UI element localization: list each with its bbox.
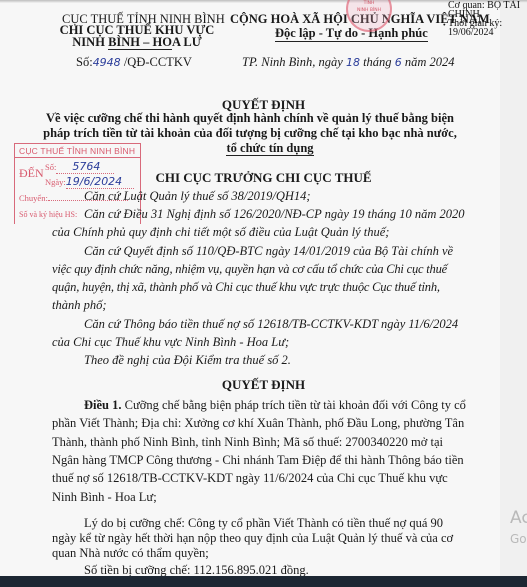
reason-line: quan Nhà nước có thẩm quyền; [52, 546, 209, 561]
basis-line: Theo đề nghị của Đội Kiểm tra thuế số 2. [84, 353, 291, 368]
basis-line: Căn cứ Luật Quản lý thuế số 38/2019/QH14… [84, 189, 311, 204]
month-label: tháng [360, 55, 395, 69]
reason-line: ngày kể từ ngày hết thời hạn nộp theo qu… [52, 531, 453, 546]
subject-line-1: Về việc cưỡng chế thi hành quyết định hà… [0, 111, 500, 126]
reason-line: Lý do bị cưỡng chế: Công ty cổ phần Viết… [84, 516, 443, 531]
decision-title-2: QUYẾT ĐỊNH [0, 377, 527, 393]
basis-line: của Chi cục Thuế khu vực Ninh Bình - Hoa… [52, 335, 289, 350]
stamp-header: CỤC THUẾ TỈNH NINH BÌNH [19, 146, 135, 156]
taskbar [0, 576, 527, 587]
digital-signature-info: Cơ quan: BỘ TÀI CHÍNH Thời gian ký: 19/0… [448, 1, 527, 37]
article1-line: thuế nợ số 12618/TB-CCTKV-KDT ngày 11/6/… [52, 471, 448, 486]
basis-line: của Chính phủ quy định chi tiết một số đ… [52, 225, 389, 240]
article1-line: phần Viết Thành; Địa chỉ: Xưởng cơ khí X… [52, 416, 464, 431]
article1-line: Điều 1. Cưỡng chế bằng biện pháp trích t… [84, 398, 466, 413]
signature-time: Thời gian ký: 19/06/2024 [448, 19, 527, 37]
activation-watermark-line1: Ac [510, 508, 527, 528]
date-day-handwritten: 18 [346, 56, 360, 69]
subject-line-2: pháp trích tiền từ tài khoản của đối tượ… [0, 126, 500, 141]
article1-label: Điều 1. [84, 398, 122, 412]
document-number: Số:4948 /QĐ-CCTKV [76, 55, 192, 70]
signature-agency: Cơ quan: BỘ TÀI CHÍNH [448, 1, 527, 19]
national-motto: Độc lập - Tự do - Hạnh phúc [275, 26, 428, 42]
article1-line: Ngân hàng TMCP Công thương - Chi nhánh T… [52, 453, 464, 468]
doc-no-suffix: /QĐ-CCTKV [121, 55, 192, 69]
basis-line: Căn cứ Thông báo tiền thuế nợ số 12618/T… [84, 317, 458, 332]
basis-line: Căn cứ Điều 31 Nghị định số 126/2020/NĐ-… [84, 207, 465, 222]
subject-line-3-text: tổ chức tín dụng [226, 141, 313, 156]
basis-line: quận, huyện, thị xã, thành phố và Chi cụ… [52, 280, 440, 295]
basis-line: thành phố; [52, 298, 107, 313]
article1-text: Cưỡng chế bằng biện pháp trích tiền từ t… [122, 398, 466, 412]
basis-line: Căn cứ Quyết định số 110/QĐ-BTC ngày 14/… [84, 244, 453, 259]
side-panel [500, 3, 527, 576]
basis-line: việc quy định chức năng, nhiệm vụ, quyền… [52, 262, 447, 277]
stamp-hs-label: Số và ký hiệu HS: [19, 210, 77, 219]
stamp-divider [15, 157, 140, 158]
date-month-handwritten: 6 [395, 56, 402, 69]
agency-line2-post: A LƯ [172, 35, 202, 49]
doc-no-label: Số: [76, 55, 93, 69]
agency-line2-pre: NINH [72, 35, 108, 49]
article1-line: Thành, thành phố Ninh Bình, tỉnh Ninh Bì… [52, 435, 443, 450]
seal-text-1: TỈNH [348, 1, 390, 6]
activation-watermark-line2: Go [510, 532, 527, 546]
article1-line: Ninh Bình - Hoa Lư; [52, 490, 157, 505]
agency-line2-underlined: BÌNH – HO [108, 35, 172, 50]
doc-no-handwritten: 4948 [93, 56, 121, 69]
stamp-chuyen-label: Chuyển: [19, 193, 48, 203]
year-label: năm 2024 [402, 55, 455, 69]
seal-text-2: NINH BÌNH [348, 8, 390, 13]
agency-name-line2: NINH BÌNH – HOA LƯ [48, 35, 226, 50]
place-date: TP. Ninh Bình, ngày 18 tháng 6 năm 2024 [242, 55, 454, 70]
place-prefix: TP. Ninh Bình, ngày [242, 55, 346, 69]
issuing-authority: CHI CỤC TRƯỞNG CHI CỤC THUẾ [0, 170, 527, 186]
